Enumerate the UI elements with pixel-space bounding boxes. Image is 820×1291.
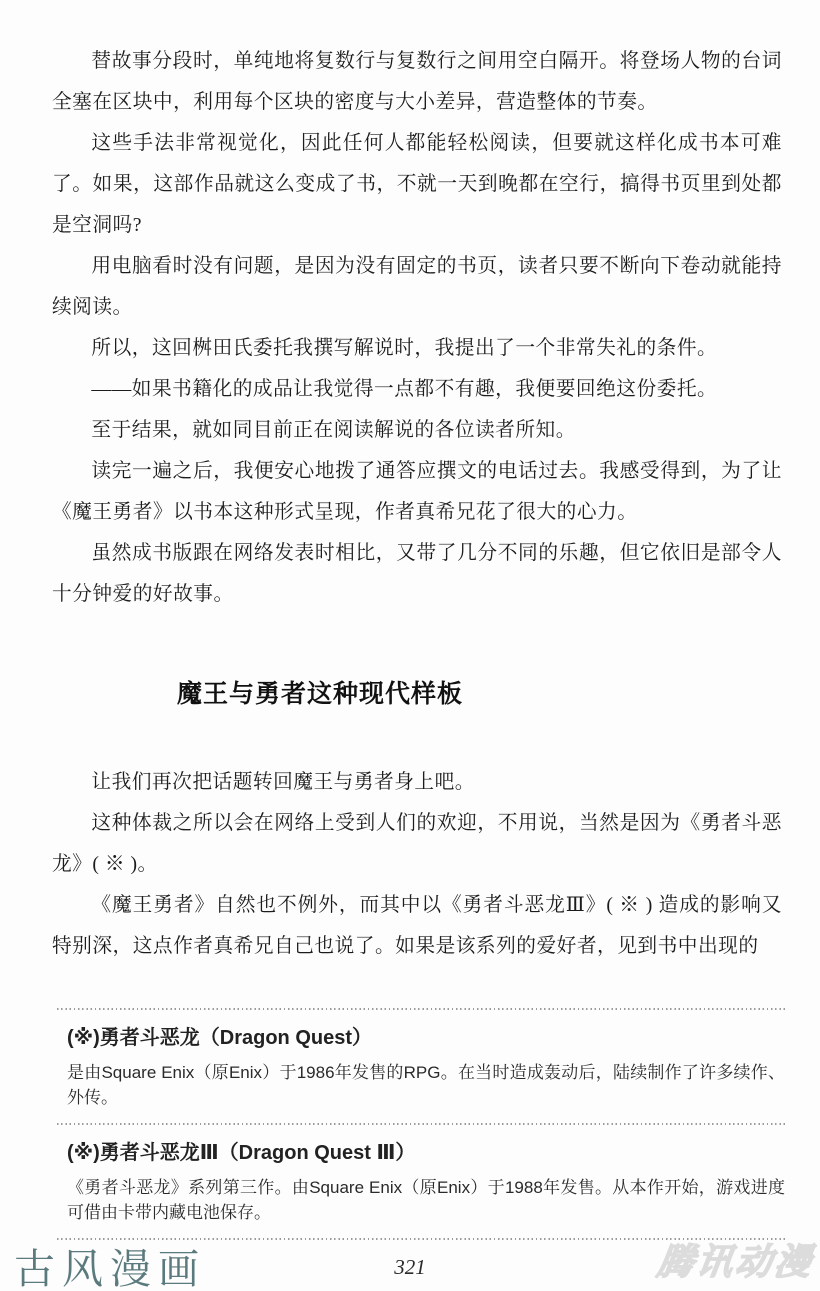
paragraph: 《魔王勇者》自然也不例外，而其中以《勇者斗恶龙Ⅲ》( ※ ) 造成的影响又特别深… <box>52 885 782 967</box>
main-text-column: 替故事分段时，单纯地将复数行与复数行之间用空白隔开。将登场人物的台词全塞在区块中… <box>52 41 782 967</box>
paragraph: 这种体裁之所以会在网络上受到人们的欢迎，不用说，当然是因为《勇者斗恶龙》( ※ … <box>52 803 782 885</box>
footnote-body: 《勇者斗恶龙》系列第三作。由Square Enix（原Enix）于1988年发售… <box>67 1175 785 1225</box>
section-heading: 魔王与勇者这种现代样板 <box>177 681 782 707</box>
paragraph: 用电脑看时没有问题，是因为没有固定的书页，读者只要不断向下卷动就能持续阅读。 <box>52 246 782 328</box>
footnote-title: (※)勇者斗恶龙（Dragon Quest） <box>67 1025 785 1051</box>
paragraph: 至于结果，就如同目前正在阅读解说的各位读者所知。 <box>52 410 782 451</box>
paragraph: 替故事分段时，单纯地将复数行与复数行之间用空白隔开。将登场人物的台词全塞在区块中… <box>52 41 782 123</box>
paragraph: 这些手法非常视觉化，因此任何人都能轻松阅读，但要就这样化成书本可难了。如果，这部… <box>52 123 782 246</box>
book-page: 替故事分段时，单纯地将复数行与复数行之间用空白隔开。将登场人物的台词全塞在区块中… <box>0 0 820 1291</box>
paragraph: 所以，这回桝田氏委托我撰写解说时，我提出了一个非常失礼的条件。 <box>52 328 782 369</box>
footnote-body: 是由Square Enix（原Enix）于1986年发售的RPG。在当时造成轰动… <box>67 1060 785 1110</box>
footnote-title: (※)勇者斗恶龙Ⅲ（Dragon Quest Ⅲ） <box>67 1140 785 1166</box>
page-number: 321 <box>394 1255 426 1280</box>
paragraph: 让我们再次把话题转回魔王与勇者身上吧。 <box>52 762 782 803</box>
footnote-dragon-quest: (※)勇者斗恶龙（Dragon Quest） 是由Square Enix（原En… <box>57 1010 785 1123</box>
tencent-comics-watermark: 腾讯动漫 <box>654 1234 817 1285</box>
gufeng-manhua-watermark: 古风漫画 <box>14 1246 206 1291</box>
paragraph: 读完一遍之后，我便安心地拨了通答应撰文的电话过去。我感受得到，为了让《魔王勇者》… <box>52 451 782 533</box>
paragraph: ——如果书籍化的成品让我觉得一点都不有趣，我便要回绝这份委托。 <box>52 369 782 410</box>
footnotes-section: (※)勇者斗恶龙（Dragon Quest） 是由Square Enix（原En… <box>57 1008 785 1240</box>
paragraph: 虽然成书版跟在网络发表时相比，又带了几分不同的乐趣，但它依旧是部令人十分钟爱的好… <box>52 533 782 615</box>
footnote-dragon-quest-3: (※)勇者斗恶龙Ⅲ（Dragon Quest Ⅲ） 《勇者斗恶龙》系列第三作。由… <box>57 1125 785 1238</box>
